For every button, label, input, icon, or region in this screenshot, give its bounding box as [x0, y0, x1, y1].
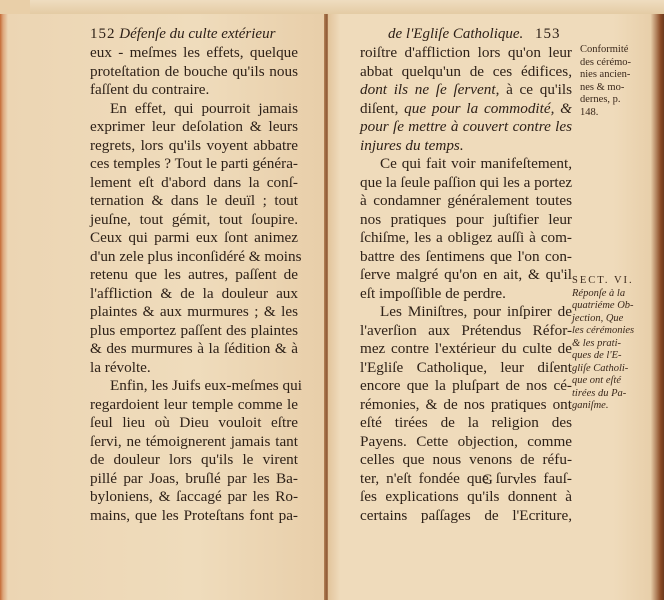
text-line: Payens. Cette objection, comme — [360, 433, 572, 452]
text-line: plaintes & aux murmures ; & les — [90, 303, 298, 322]
text-line: ſeul lieu où Dieu vouloit eſtre — [90, 414, 298, 433]
right-running-title: de l'Egliſe Catholique. — [388, 26, 523, 42]
text-line: byloniens, & ſaccagé par les Ro- — [90, 488, 298, 507]
text-line: Enfin, les Juifs eux-meſmes qui — [90, 377, 298, 396]
text-line: l'affliction & de la douleur aux — [90, 285, 298, 304]
text-line: Ceux qui parmi eux ſont animez — [90, 229, 298, 248]
text-line: de douleur lors qu'ils le virent — [90, 451, 298, 470]
text-line: injures du temps. — [360, 137, 572, 156]
text-line: l'Egliſe Catholique, leur diſent — [360, 359, 572, 378]
text-line: abbat quelqu'un de ces édifices, — [360, 63, 572, 82]
page-top-edge — [30, 0, 664, 15]
text-line: lement eſt d'abord dans la conſ- — [90, 174, 298, 193]
text-line: mains, que les Proteſtans font pa- — [90, 507, 298, 526]
margin-note-conformite: Conformité des cérémo- nies ancien- nes … — [580, 44, 631, 119]
text-line: Les Miniſtres, pour inſpirer de — [360, 303, 572, 322]
text-line: Ce qui fait voir manifeſtement, — [360, 155, 572, 174]
text-line: battre des ſentimens que l'on con- — [360, 248, 572, 267]
text-line: celles que nous venons de réfu- — [360, 451, 572, 470]
left-running-head: 152 Défenſe du culte extérieur — [90, 26, 275, 43]
text-line: ſes explications qu'ils donnent à — [360, 488, 572, 507]
book-spread: 152 Défenſe du culte extérieur eux - meſ… — [0, 0, 664, 600]
text-line: ſervi, ne témoignerent jamais tant — [90, 433, 298, 452]
text-line: eux - meſmes les effets, quelque — [90, 44, 298, 63]
text-line: d'un zele plus inconſidéré & moins — [90, 248, 298, 267]
text-line: dont ils ne ſe ſervent, à ce qu'ils — [360, 81, 572, 100]
text-line: pillé par Joas, bruſlé par les Ba- — [90, 470, 298, 489]
text-line: la révolte. — [90, 359, 298, 378]
section-heading: SECT. VI. — [572, 275, 634, 288]
right-running-head: de l'Egliſe Catholique. 153 — [388, 26, 561, 43]
text-line: à condamner généralement toutes — [360, 192, 572, 211]
text-line: ſchiſme, les a obligez auſſi à com- — [360, 229, 572, 248]
text-line: certains paſſages de l'Ecriture, — [360, 507, 572, 526]
text-line: jeuſne, tout gémit, tout ſoupire. — [90, 211, 298, 230]
text-line: exprimer leur deſolation & leurs — [90, 118, 298, 137]
text-line: que la ſeule paſſion qui les a portez — [360, 174, 572, 193]
text-line: ces temples ? Tout le parti généra- — [90, 155, 298, 174]
right-page-number: 153 — [535, 26, 561, 42]
left-running-title: Défenſe du culte extérieur — [119, 26, 275, 42]
text-line: faſſent du contraire. — [90, 81, 298, 100]
text-line: regrets, lors qu'ils voyent abbatre — [90, 137, 298, 156]
left-page-number: 152 — [90, 26, 116, 42]
text-line: encore que la pluſpart de nos cé- — [360, 377, 572, 396]
text-line: eſt impoſſible de perdre. — [360, 285, 572, 304]
left-page-text: eux - meſmes les effets, quelque proteſt… — [90, 44, 298, 525]
signature-mark: G v — [482, 472, 528, 489]
text-line: mez contre l'extérieur du culte de — [360, 340, 572, 359]
text-line: ſerve malgré qu'on en ait, & qu'il — [360, 266, 572, 285]
text-line: diſent, que pour la commodité, & — [360, 100, 572, 119]
text-line: plus emportez paſſent des plaintes — [90, 322, 298, 341]
right-page-text: roiſtre d'affliction lors qu'on leur abb… — [360, 44, 572, 525]
text-line: pour ſe mettre à couvert contre les — [360, 118, 572, 137]
text-line: ternation & dans le deuïl ; tout — [90, 192, 298, 211]
text-line: l'averſion aux Prétendus Réfor- — [360, 322, 572, 341]
text-line: En effet, qui pourroit jamais — [90, 100, 298, 119]
text-line: eſté tirées de la religion des — [360, 414, 572, 433]
text-line: nos pratiques pour juſtifier leur — [360, 211, 572, 230]
text-line: & des murmures à la ſédition & à — [90, 340, 298, 359]
margin-note-section-vi: SECT. VI. Réponſe à la quatriéme Ob- jec… — [572, 275, 634, 413]
text-line: ter, n'eſt fondée que ſur les fauſ- — [360, 470, 572, 489]
text-line: rémonies, & de nos pratiques ont — [360, 396, 572, 415]
text-line: roiſtre d'affliction lors qu'on leur — [360, 44, 572, 63]
text-line: proteſtation de bouche qu'ils nous — [90, 63, 298, 82]
text-line: regardoient leur temple comme le — [90, 396, 298, 415]
text-line: retenu que les autres, paſſent de — [90, 266, 298, 285]
